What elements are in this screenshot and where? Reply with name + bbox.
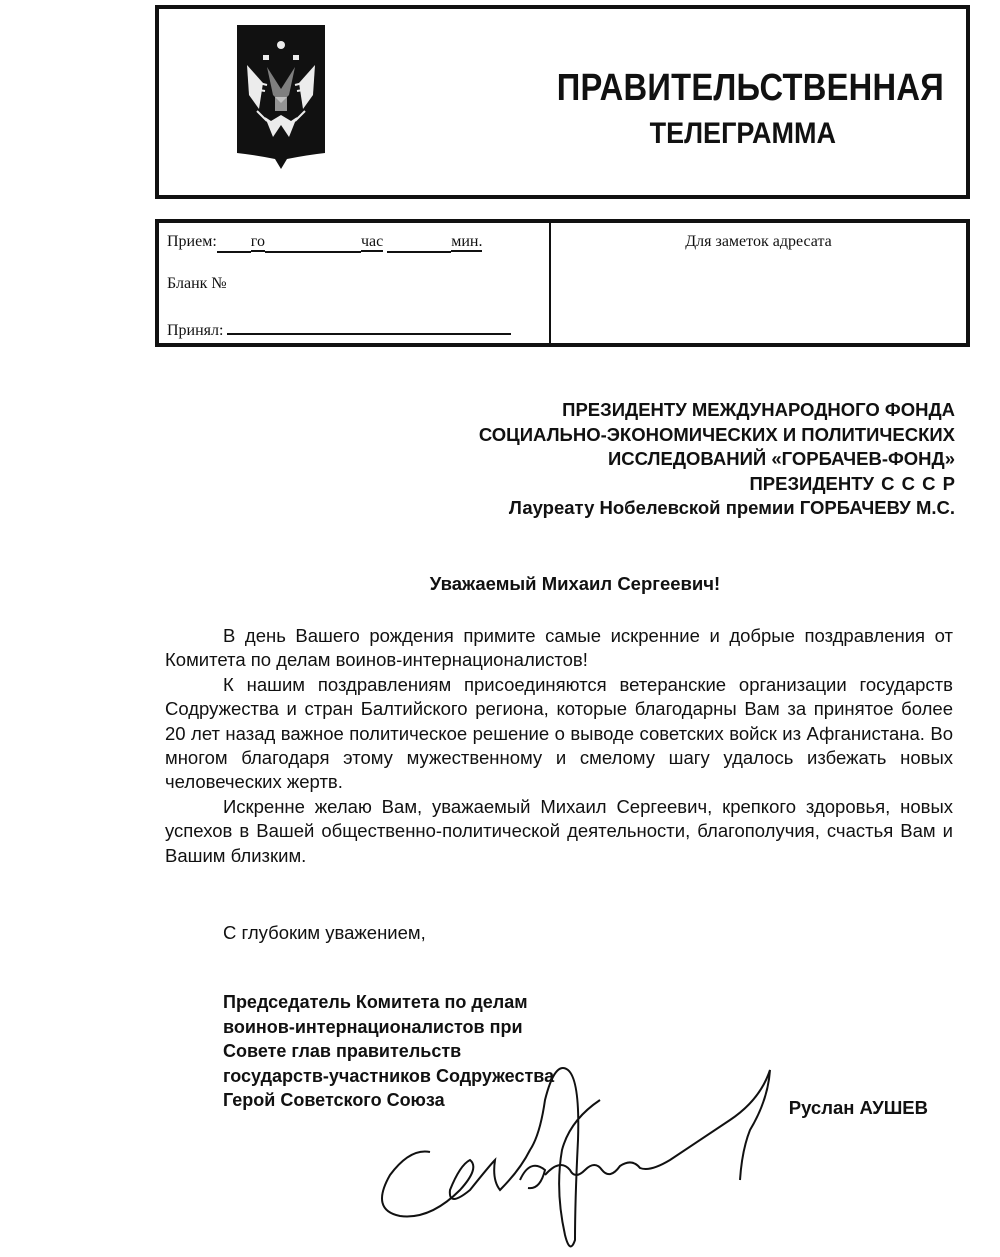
telegram-subtitle: ТЕЛЕГРАММА (227, 117, 836, 151)
signer-title-line: Председатель Комитета по делам (223, 990, 554, 1015)
addressee-line: СОЦИАЛЬНО-ЭКОНОМИЧЕСКИХ И ПОЛИТИЧЕСКИХ (479, 423, 955, 448)
accepted-field[interactable] (227, 319, 511, 335)
reception-go: го (251, 233, 265, 252)
reception-blank-1[interactable] (217, 233, 251, 253)
letter-body: В день Вашего рождения примите самые иск… (165, 624, 953, 868)
paragraph: В день Вашего рождения примите самые иск… (165, 624, 953, 673)
addressee-line: ИССЛЕДОВАНИЙ «ГОРБАЧЕВ-ФОНД» (479, 447, 955, 472)
telegram-title: ПРАВИТЕЛЬСТВЕННАЯ (269, 67, 944, 110)
reception-min-blank[interactable] (387, 233, 451, 253)
notes-section: Для заметок адресата (551, 223, 966, 343)
salutation: Уважаемый Михаил Сергеевич! (0, 573, 1000, 595)
addressee-line: Лауреату Нобелевской премии ГОРБАЧЕВУ М.… (479, 496, 955, 521)
addressee-block: ПРЕЗИДЕНТУ МЕЖДУНАРОДНОГО ФОНДА СОЦИАЛЬН… (479, 398, 955, 521)
reception-form: Прием: го час мин. Бланк № Принял: Для з… (155, 219, 970, 347)
closing: С глубоким уважением, (223, 922, 426, 944)
reception-row: Прием: го час мин. (167, 233, 482, 253)
handwritten-signature-icon (370, 1040, 830, 1255)
reception-hour-label: час (361, 233, 383, 252)
blank-number-label: Бланк № (167, 275, 227, 292)
notes-label: Для заметок адресата (551, 233, 966, 251)
accepted-label: Принял: (167, 322, 223, 339)
addressee-line: ПРЕЗИДЕНТУ С С С Р (479, 472, 955, 497)
paragraph: Искренне желаю Вам, уважаемый Михаил Сер… (165, 795, 953, 868)
blank-number-row: Бланк № (167, 275, 227, 293)
addressee-line: ПРЕЗИДЕНТУ МЕЖДУНАРОДНОГО ФОНДА (479, 398, 955, 423)
reception-min-label: мин. (451, 233, 482, 252)
accepted-row: Принял: (167, 319, 511, 340)
signer-title-line: воинов-интернационалистов при (223, 1015, 554, 1040)
reception-hour-blank[interactable] (265, 233, 361, 253)
reception-section: Прием: го час мин. Бланк № Принял: (159, 223, 551, 343)
reception-label: Прием: (167, 233, 217, 250)
telegram-header: ПРАВИТЕЛЬСТВЕННАЯ ТЕЛЕГРАММА (155, 5, 970, 199)
paragraph: К нашим поздравлениям присоединяются вет… (165, 673, 953, 795)
